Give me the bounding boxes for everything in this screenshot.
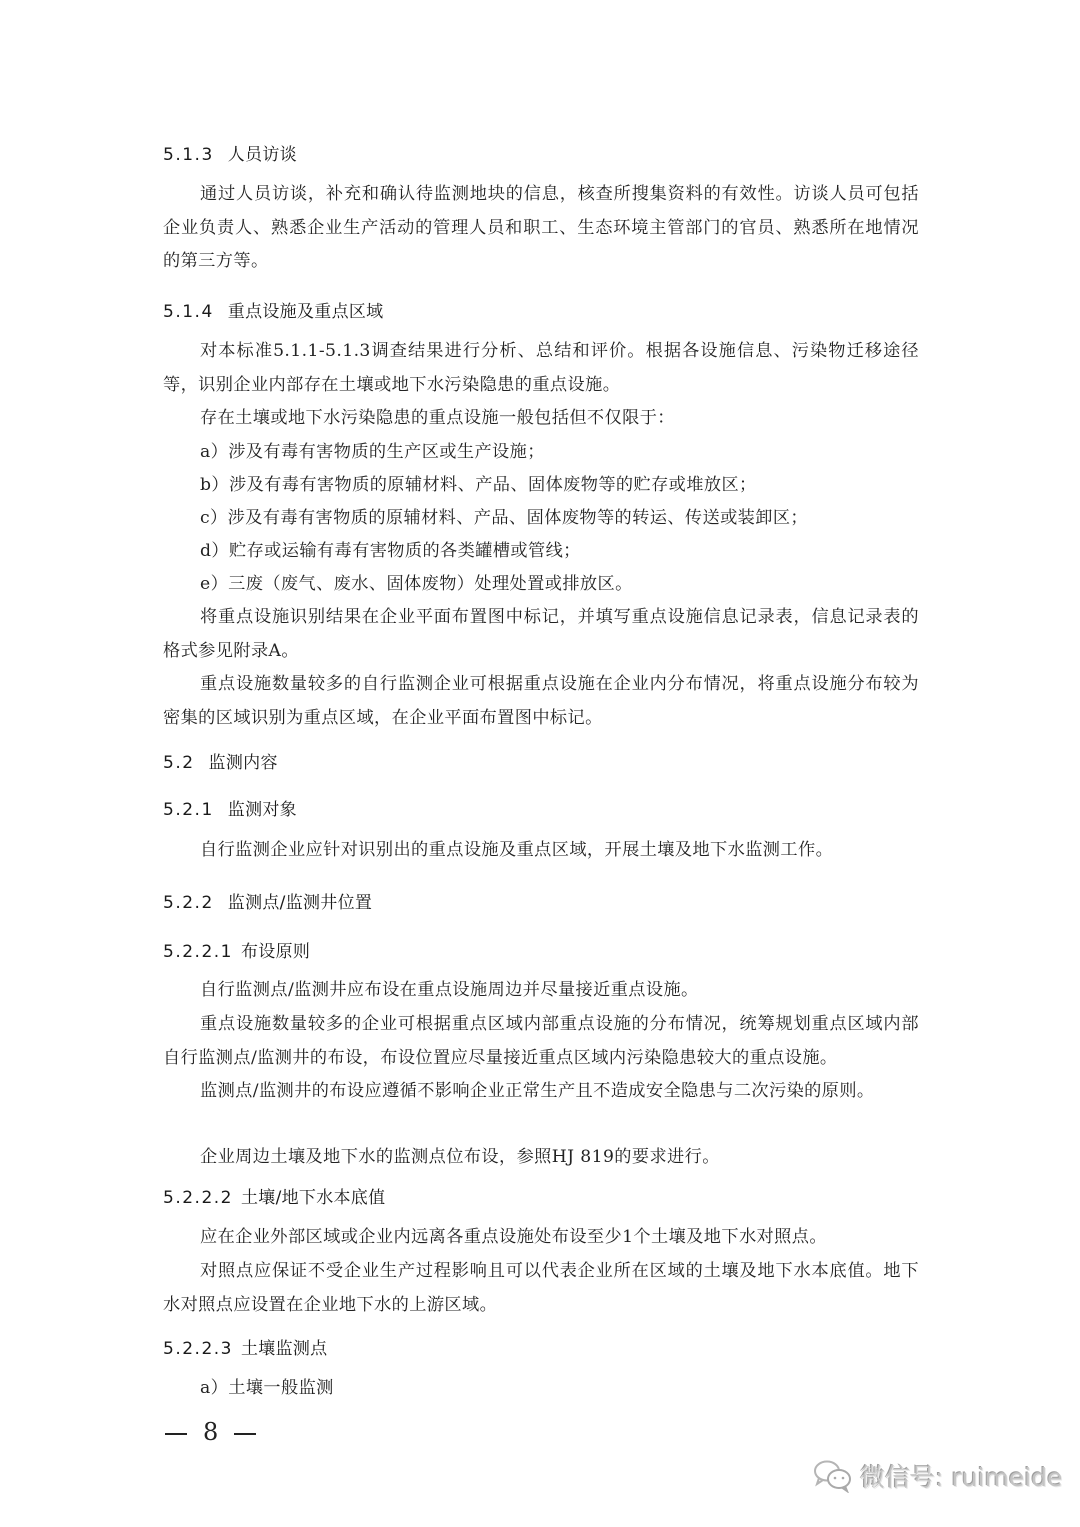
section-heading-5-2: 5.2监测内容: [163, 748, 278, 773]
section-title: 监测点/监测井位置: [228, 893, 372, 913]
dash-right: [234, 1433, 256, 1435]
section-heading-5-1-3: 5.1.3人员访谈: [163, 140, 297, 165]
section-title: 土壤/地下水本底值: [241, 1188, 385, 1208]
section-number: 5.1.3: [163, 145, 214, 165]
section-heading-5-2-2-3: 5.2.2.3土壤监测点: [163, 1334, 327, 1359]
section-number: 5.2: [163, 753, 195, 773]
paragraph: 自行监测企业应针对识别出的重点设施及重点区域，开展土壤及地下水监测工作。: [163, 834, 919, 868]
section-title: 土壤监测点: [241, 1339, 328, 1359]
section-heading-5-2-2: 5.2.2监测点/监测井位置: [163, 888, 372, 913]
list-item-a: a）土壤一般监测: [163, 1372, 919, 1406]
section-number: 5.2.1: [163, 800, 214, 820]
paragraph: 自行监测点/监测井应布设在重点设施周边并尽量接近重点设施。: [163, 974, 919, 1008]
section-title: 重点设施及重点区域: [228, 302, 384, 322]
paragraph: 对照点应保证不受企业生产过程影响且可以代表企业所在区域的土壤及地下水本底值。地下…: [163, 1255, 919, 1322]
section-number: 5.1.4: [163, 302, 214, 322]
paragraph: 通过人员访谈，补充和确认待监测地块的信息，核查所搜集资料的有效性。访谈人员可包括…: [163, 178, 919, 279]
paragraph: 企业周边土壤及地下水的监测点位布设，参照HJ 819的要求进行。: [163, 1141, 919, 1175]
section-title: 监测对象: [228, 800, 297, 820]
list-item-b: b）涉及有毒有害物质的原辅材料、产品、固体废物等的贮存或堆放区；: [163, 469, 919, 503]
section-title: 布设原则: [241, 942, 310, 962]
section-number: 5.2.2.3: [163, 1339, 233, 1359]
page-number-value: 8: [203, 1418, 218, 1446]
section-number: 5.2.2.1: [163, 942, 233, 962]
section-heading-5-1-4: 5.1.4重点设施及重点区域: [163, 297, 383, 322]
section-heading-5-2-1: 5.2.1监测对象: [163, 795, 297, 820]
watermark-text: 微信号: ruimeide: [860, 1458, 1062, 1494]
list-item-c: c）涉及有毒有害物质的原辅材料、产品、固体废物等的转运、传送或装卸区；: [163, 502, 919, 536]
watermark: 微信号: ruimeide: [812, 1458, 1062, 1494]
list-item-a: a）涉及有毒有害物质的生产区或生产设施；: [163, 436, 919, 470]
paragraph: 重点设施数量较多的企业可根据重点区域内部重点设施的分布情况，统筹规划重点区域内部…: [163, 1008, 919, 1075]
paragraph: 监测点/监测井的布设应遵循不影响企业正常生产且不造成安全隐患与二次污染的原则。: [163, 1075, 919, 1109]
section-number: 5.2.2: [163, 893, 214, 913]
dash-left: [165, 1433, 187, 1435]
paragraph: 应在企业外部区域或企业内远离各重点设施处布设至少1个土壤及地下水对照点。: [163, 1221, 919, 1255]
section-title: 人员访谈: [228, 145, 297, 165]
section-title: 监测内容: [209, 753, 278, 773]
section-heading-5-2-2-1: 5.2.2.1布设原则: [163, 937, 310, 962]
list-item-e: e）三废（废气、废水、固体废物）处理处置或排放区。: [163, 568, 919, 602]
page-number: 8: [165, 1418, 256, 1446]
section-heading-5-2-2-2: 5.2.2.2土壤/地下水本底值: [163, 1183, 385, 1208]
wechat-icon: [812, 1459, 854, 1493]
list-item-d: d）贮存或运输有毒有害物质的各类罐槽或管线；: [163, 535, 919, 569]
section-number: 5.2.2.2: [163, 1188, 233, 1208]
paragraph: 将重点设施识别结果在企业平面布置图中标记，并填写重点设施信息记录表，信息记录表的…: [163, 601, 919, 668]
paragraph: 重点设施数量较多的自行监测企业可根据重点设施在企业内分布情况，将重点设施分布较为…: [163, 668, 919, 735]
paragraph: 对本标准5.1.1-5.1.3调查结果进行分析、总结和评价。根据各设施信息、污染…: [163, 335, 919, 402]
paragraph: 存在土壤或地下水污染隐患的重点设施一般包括但不仅限于：: [163, 402, 919, 436]
